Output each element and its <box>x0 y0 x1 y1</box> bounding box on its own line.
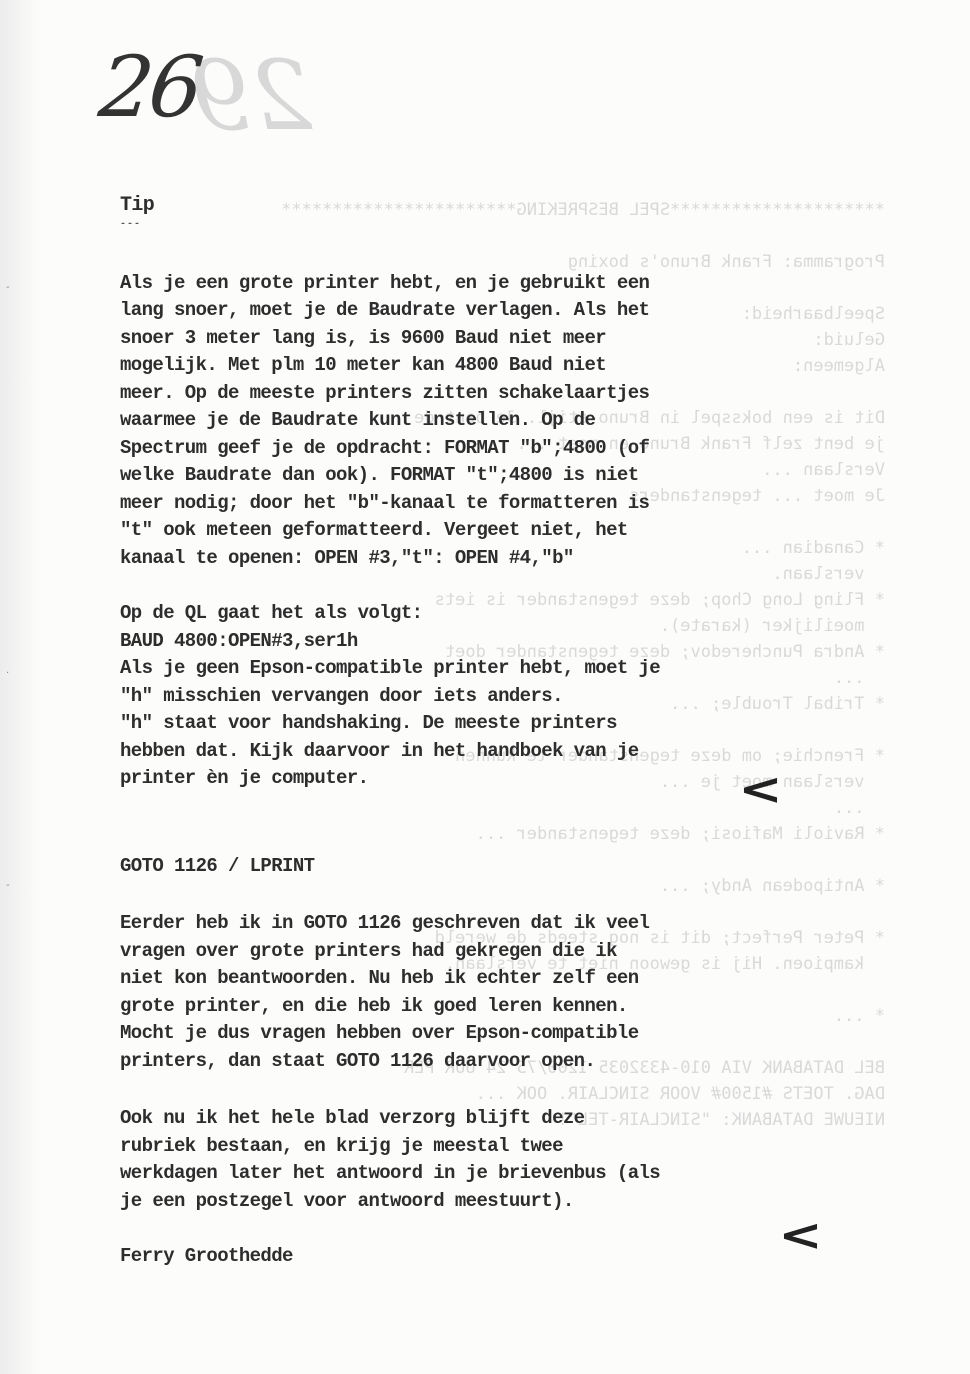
author-signature: Ferry Groothedde <box>120 1243 840 1271</box>
tip-heading: Tip <box>120 192 840 220</box>
document-body: Tip --- Als je een grote printer hebt, e… <box>120 192 840 1271</box>
tip-paragraph-baudrate: Als je een grote printer hebt, en je geb… <box>120 270 840 573</box>
goto-paragraph-rubriek: Ook nu ik het hele blad verzorg blijft d… <box>120 1105 840 1215</box>
section-heading-goto-lprint: GOTO 1126 / LPRINT <box>120 853 840 881</box>
margin-tick-mark: - <box>6 880 10 891</box>
goto-paragraph-printers: Eerder heb ik in GOTO 1126 geschreven da… <box>120 910 840 1075</box>
ghost-page-number: 29 <box>190 40 312 152</box>
margin-tick-mark: - <box>6 282 10 293</box>
margin-tick-mark: · <box>6 668 9 679</box>
margin-arrow-mark: < <box>778 1210 822 1261</box>
tip-heading-underline: --- <box>120 220 840 230</box>
page-number: 26 <box>95 38 204 136</box>
page-edge-shadow <box>0 0 40 1374</box>
margin-arrow-mark: < <box>738 764 782 815</box>
tip-paragraph-ql: Op de QL gaat het als volgt: BAUD 4800:O… <box>120 600 840 793</box>
